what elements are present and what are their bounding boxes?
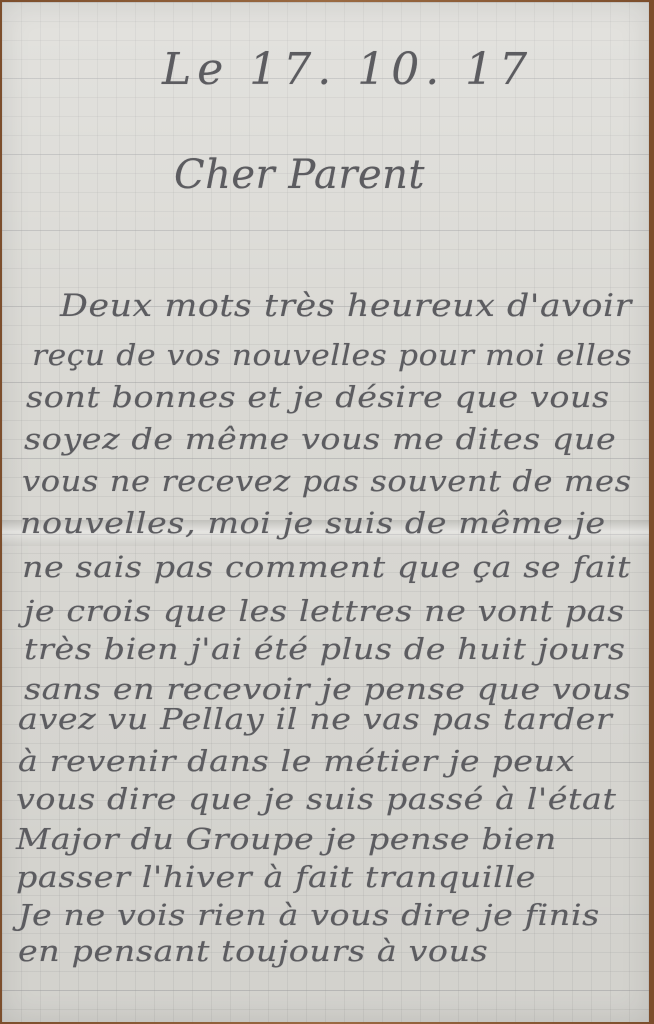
letter-salutation: Cher Parent <box>174 152 425 198</box>
letter-line: soyez de même vous me dites que <box>24 422 616 456</box>
letter-line: ne sais pas comment que ça se fait <box>22 550 631 584</box>
letter-line: sans en recevoir je pense que vous <box>24 672 632 706</box>
letter-line: passer l'hiver à fait tranquille <box>16 860 536 894</box>
letter-line: en pensant toujours à vous <box>18 934 488 968</box>
letter-line: Deux mots très heureux d'avoir <box>60 288 632 324</box>
letter-line: sont bonnes et je désire que vous <box>26 380 610 414</box>
letter-line: Je ne vois rien à vous dire je finis <box>18 898 600 932</box>
letter-line: Major du Groupe je pense bien <box>16 822 557 856</box>
letter-line: à revenir dans le métier je peux <box>18 744 575 778</box>
letter-line: avez vu Pellay il ne vas pas tarder <box>18 702 612 736</box>
letter-line: vous ne recevez pas souvent de mes <box>22 464 632 498</box>
letter-line: nouvelles, moi je suis de même je <box>20 506 606 540</box>
letter-date: Le 17. 10. 17 <box>162 44 533 95</box>
letter-paper: Le 17. 10. 17 Cher Parent Deux mots très… <box>2 2 649 1022</box>
letter-line: je crois que les lettres ne vont pas <box>24 594 625 628</box>
letter-line: vous dire que je suis passé à l'état <box>16 782 616 816</box>
letter-line: reçu de vos nouvelles pour moi elles <box>32 338 632 372</box>
letter-line: très bien j'ai été plus de huit jours <box>24 632 626 666</box>
